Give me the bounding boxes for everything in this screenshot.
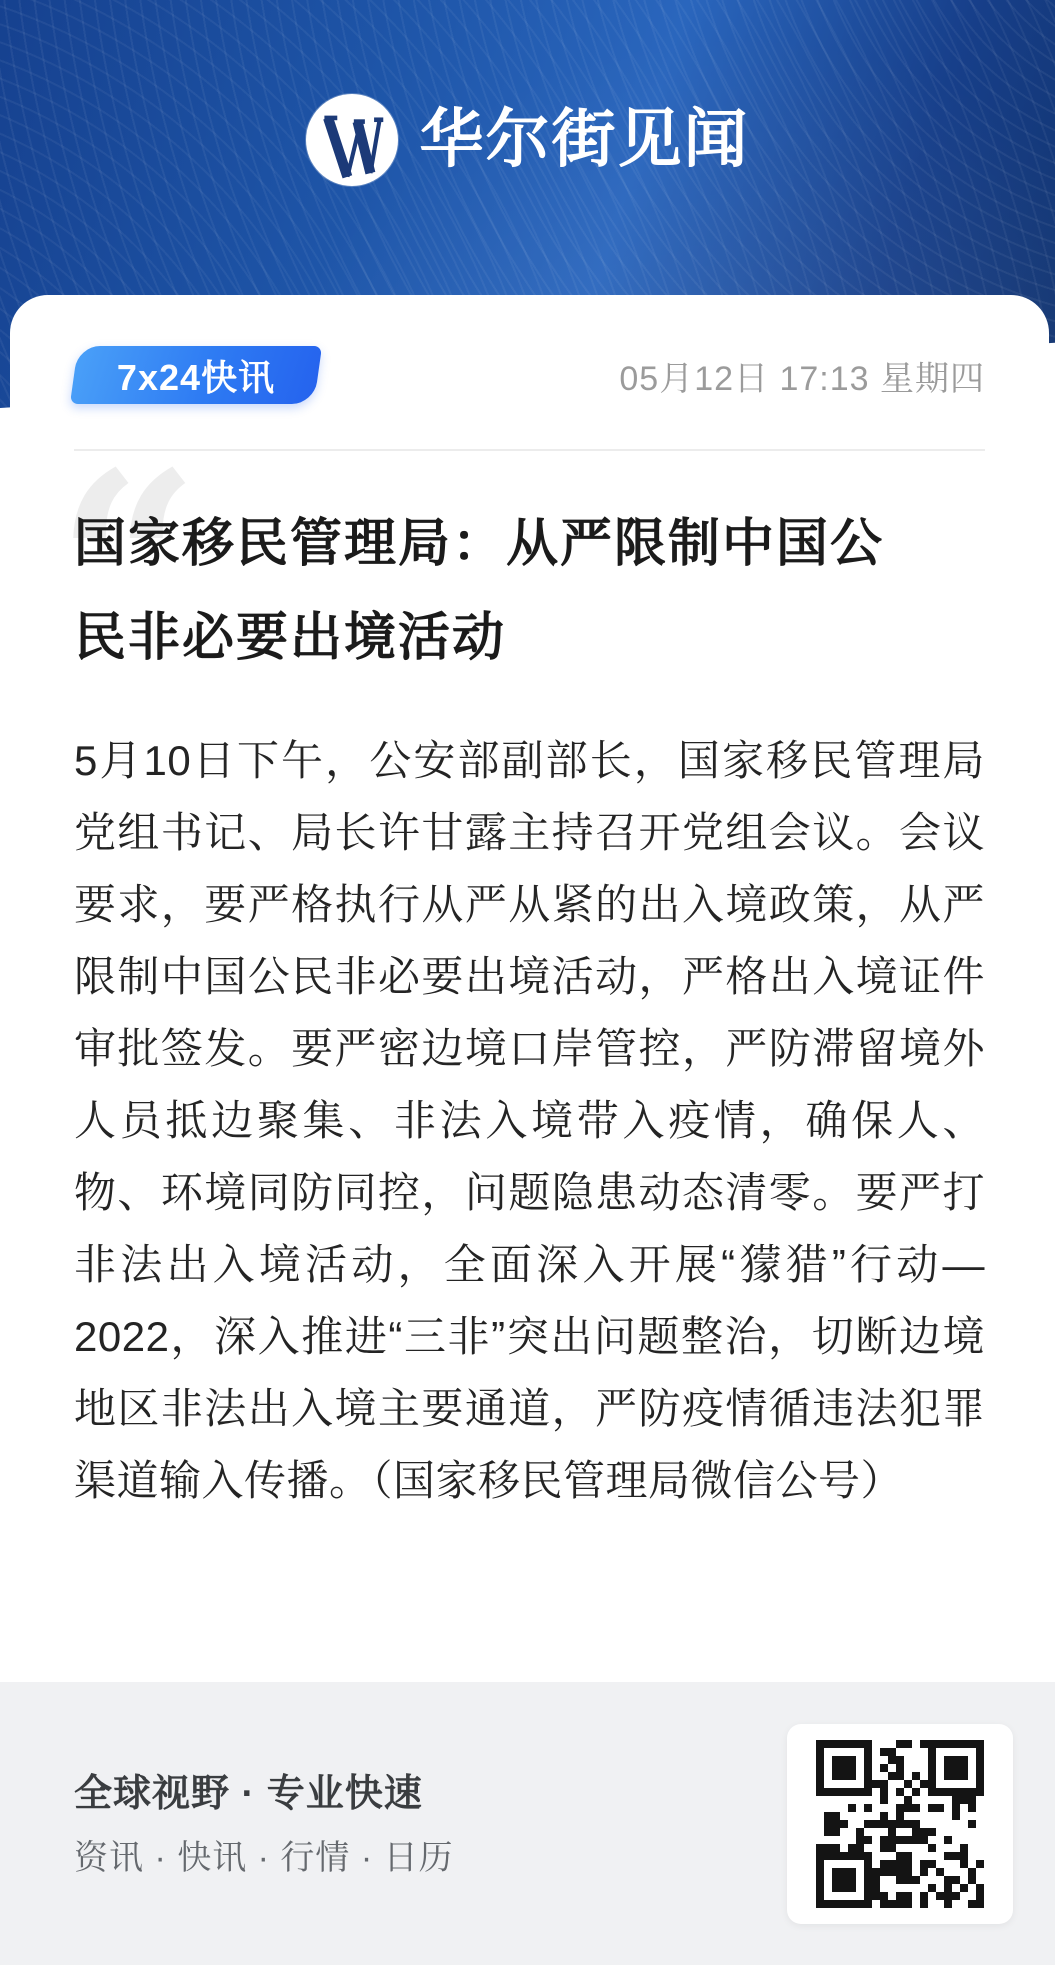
divider <box>74 449 985 451</box>
brand: 华尔街见闻 <box>0 0 1055 186</box>
badge-7x24[interactable]: 7x24快讯 <box>70 346 322 404</box>
brand-name: 华尔街见闻 <box>420 108 750 172</box>
qr-code <box>787 1724 1013 1924</box>
title-block: “ 国家移民管理局：从严限制中国公民非必要出境活动 <box>74 497 985 685</box>
datetime: 05月12日 17:13 星期四 <box>619 351 985 400</box>
news-card: 7x24快讯 05月12日 17:13 星期四 “ 国家移民管理局：从严限制中国… <box>10 295 1049 1682</box>
share-card-page: 华尔街见闻 7x24快讯 05月12日 17:13 星期四 “ 国家移民管理局：… <box>0 0 1055 1965</box>
news-body: 5月10日下午，公安部副部长，国家移民管理局党组书记、局长许甘露主持召开党组会议… <box>74 725 985 1517</box>
meta-row: 7x24快讯 05月12日 17:13 星期四 <box>74 345 985 405</box>
footer: 全球视野 · 专业快速 资讯 · 快讯 · 行情 · 日历 <box>0 1682 1055 1965</box>
badge-label: 7x24快讯 <box>117 350 275 401</box>
news-title: 国家移民管理局：从严限制中国公民非必要出境活动 <box>74 497 985 685</box>
wscn-logo-icon <box>306 94 398 186</box>
